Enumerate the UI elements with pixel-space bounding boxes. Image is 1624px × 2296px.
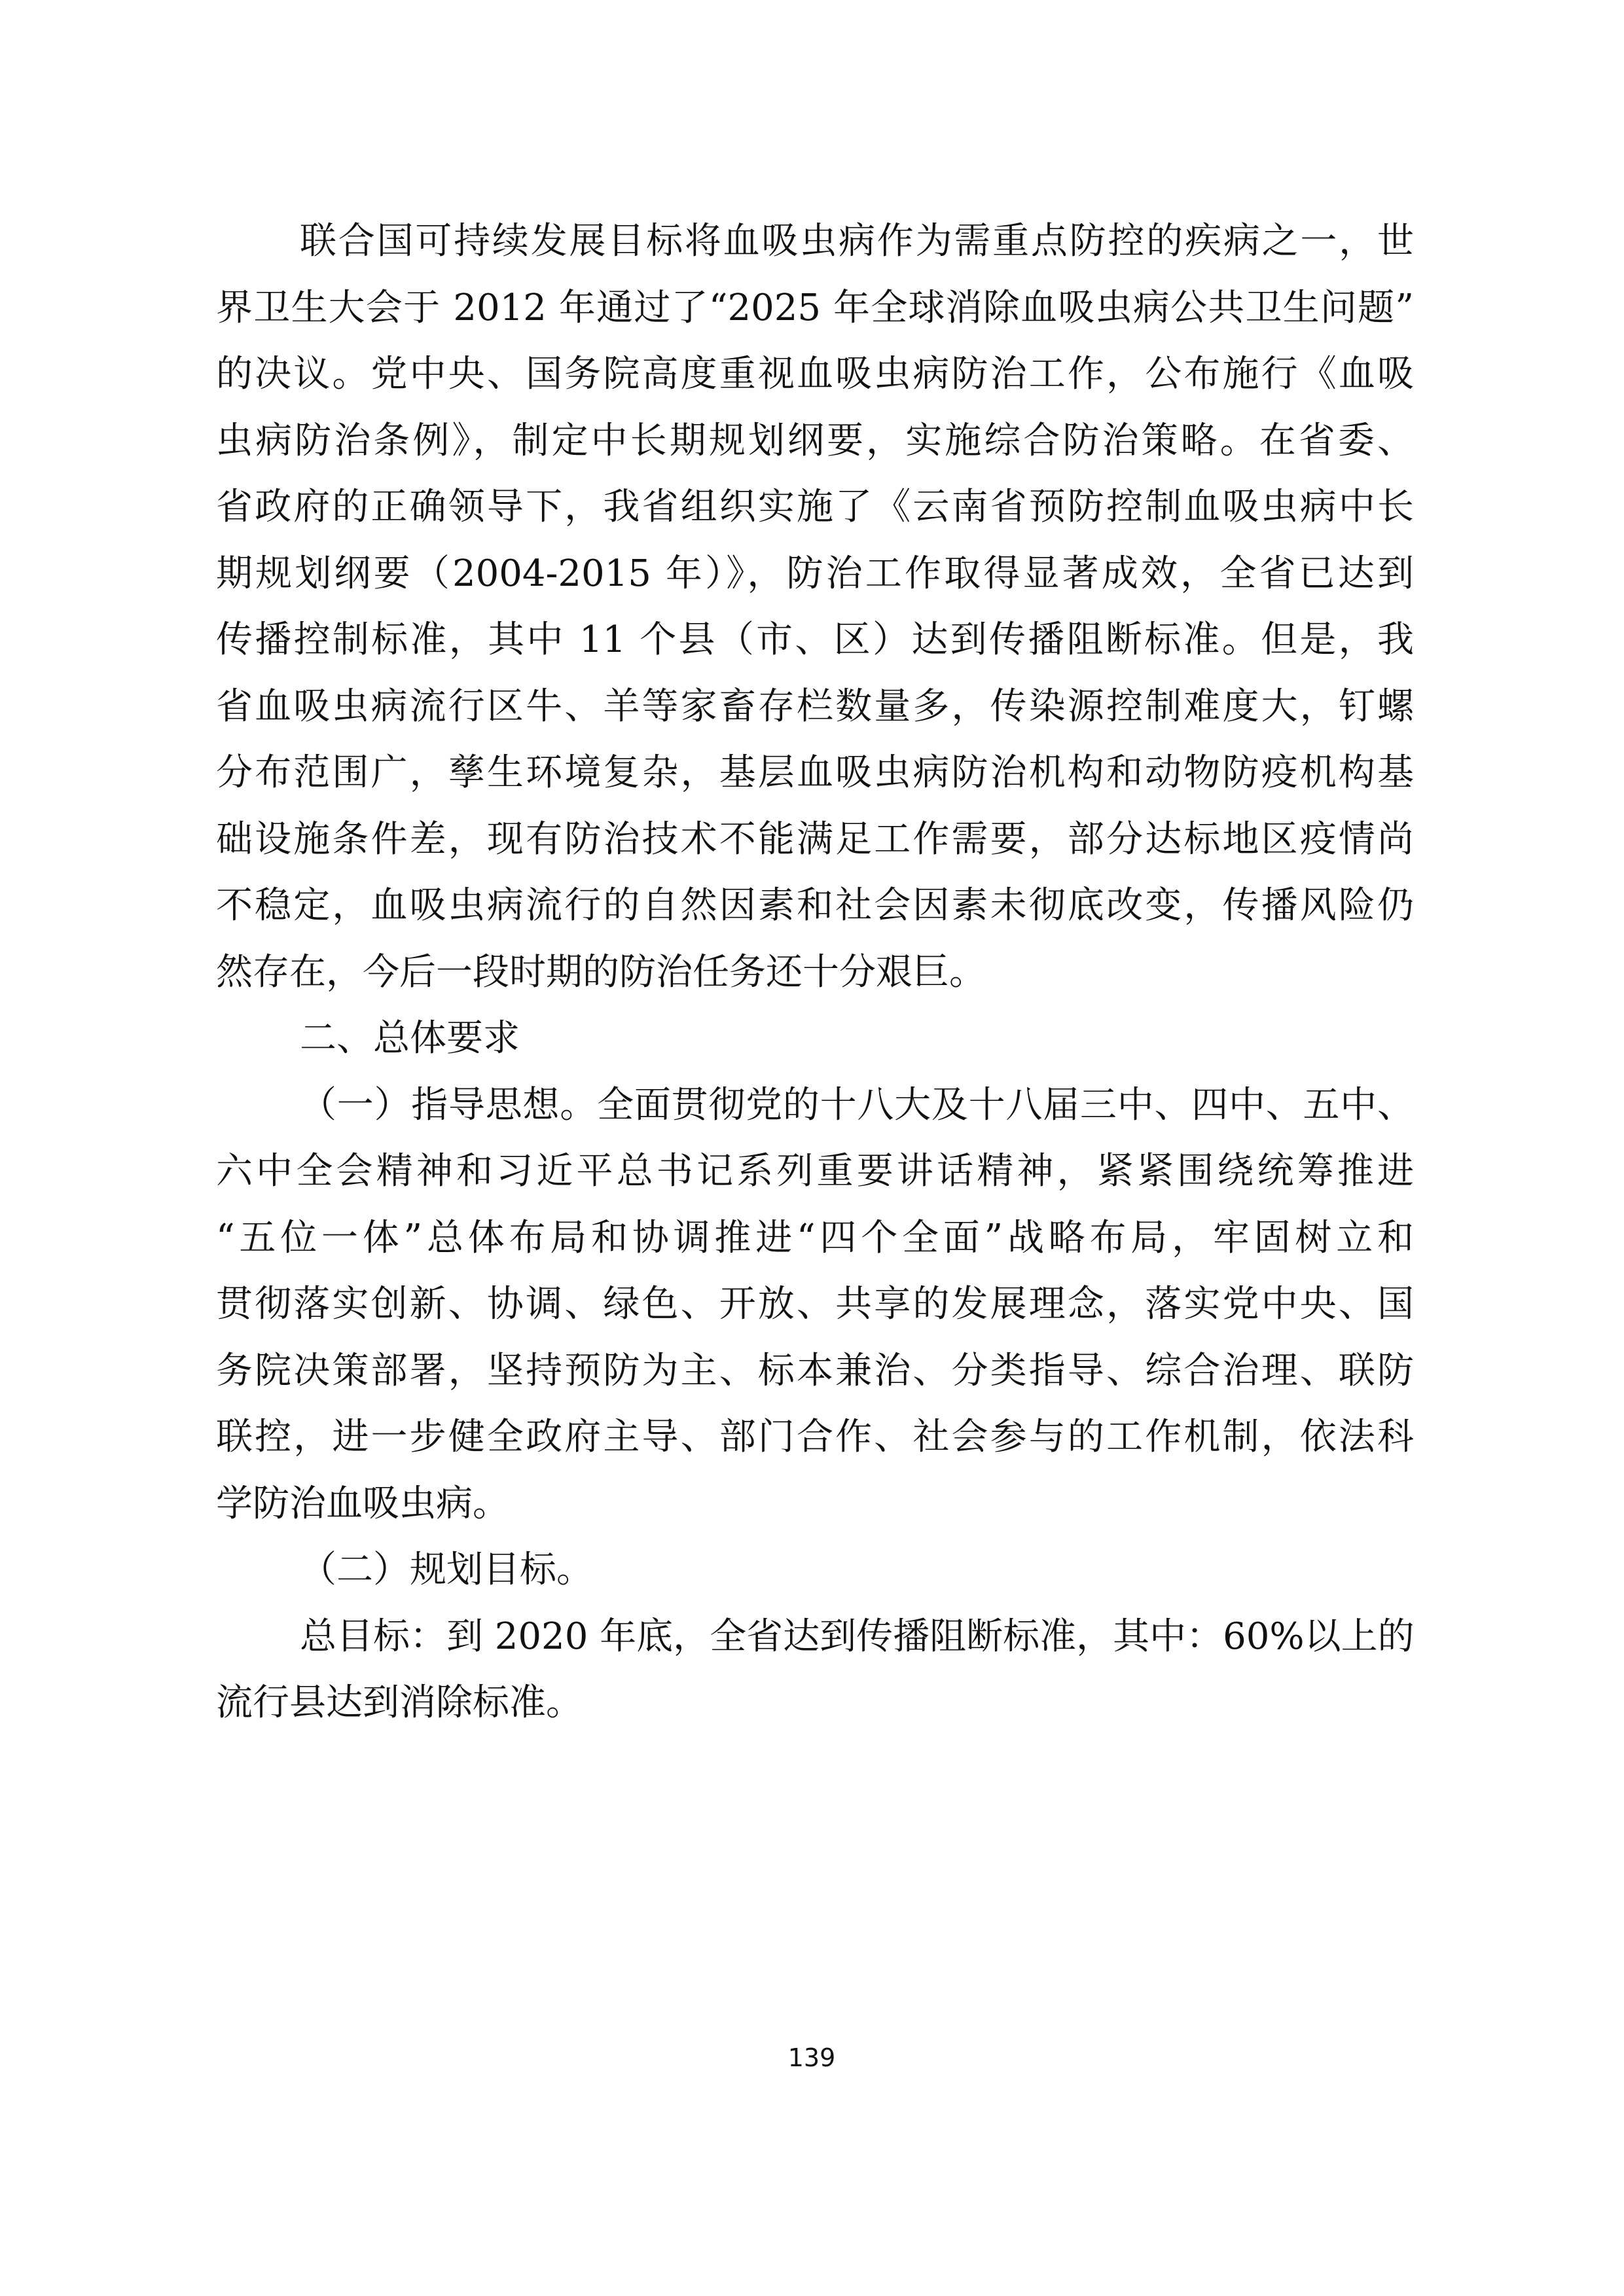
paragraph-line: 流行县达到消除标准。	[216, 1670, 1414, 1736]
paragraph-line: 分布范围广，孳生环境复杂，基层血吸虫病防治机构和动物防疫机构基	[216, 740, 1414, 806]
subsection-heading: （二）规划目标。	[216, 1537, 1414, 1604]
paragraph-line: 不稳定，血吸虫病流行的自然因素和社会因素未彻底改变，传播风险仍	[216, 872, 1414, 939]
paragraph-line: 省血吸虫病流行区牛、羊等家畜存栏数量多，传染源控制难度大，钉螺	[216, 673, 1414, 740]
subsection-heading-line: （一）指导思想。全面贯彻党的十八大及十八届三中、四中、五中、	[216, 1072, 1414, 1139]
paragraph-line: 传播控制标准，其中 11 个县（市、区）达到传播阻断标准。但是，我	[216, 607, 1414, 673]
section-heading: 二、总体要求	[216, 1005, 1414, 1072]
paragraph-line: 贯彻落实创新、协调、绿色、开放、共享的发展理念，落实党中央、国	[216, 1271, 1414, 1338]
document-page: 联合国可持续发展目标将血吸虫病作为需重点防控的疾病之一，世 界卫生大会于 201…	[0, 0, 1624, 2296]
body-text: 联合国可持续发展目标将血吸虫病作为需重点防控的疾病之一，世 界卫生大会于 201…	[216, 208, 1414, 1736]
paragraph-line: 期规划纲要（2004-2015 年）》，防治工作取得显著成效，全省已达到	[216, 541, 1414, 607]
paragraph-line: 然存在，今后一段时期的防治任务还十分艰巨。	[216, 939, 1414, 1006]
paragraph-line: 总目标：到 2020 年底，全省达到传播阻断标准，其中：60%以上的	[216, 1604, 1414, 1670]
paragraph-line: 虫病防治条例》，制定中长期规划纲要，实施综合防治策略。在省委、	[216, 408, 1414, 475]
paragraph-line: 省政府的正确领导下，我省组织实施了《云南省预防控制血吸虫病中长	[216, 474, 1414, 541]
paragraph-line: “五位一体”总体布局和协调推进“四个全面”战略布局，牢固树立和	[216, 1205, 1414, 1272]
paragraph-line: 学防治血吸虫病。	[216, 1471, 1414, 1537]
paragraph-line: 联合国可持续发展目标将血吸虫病作为需重点防控的疾病之一，世	[216, 208, 1414, 275]
paragraph-line: 础设施条件差，现有防治技术不能满足工作需要，部分达标地区疫情尚	[216, 806, 1414, 873]
paragraph-line: 界卫生大会于 2012 年通过了“2025 年全球消除血吸虫病公共卫生问题”	[216, 275, 1414, 342]
paragraph-line: 的决议。党中央、国务院高度重视血吸虫病防治工作，公布施行《血吸	[216, 341, 1414, 408]
paragraph-line: 务院决策部署，坚持预防为主、标本兼治、分类指导、综合治理、联防	[216, 1338, 1414, 1405]
paragraph-line: 六中全会精神和习近平总书记系列重要讲话精神，紧紧围绕统筹推进	[216, 1138, 1414, 1205]
page-number: 139	[772, 2043, 851, 2072]
paragraph-line: 联控，进一步健全政府主导、部门合作、社会参与的工作机制，依法科	[216, 1404, 1414, 1471]
